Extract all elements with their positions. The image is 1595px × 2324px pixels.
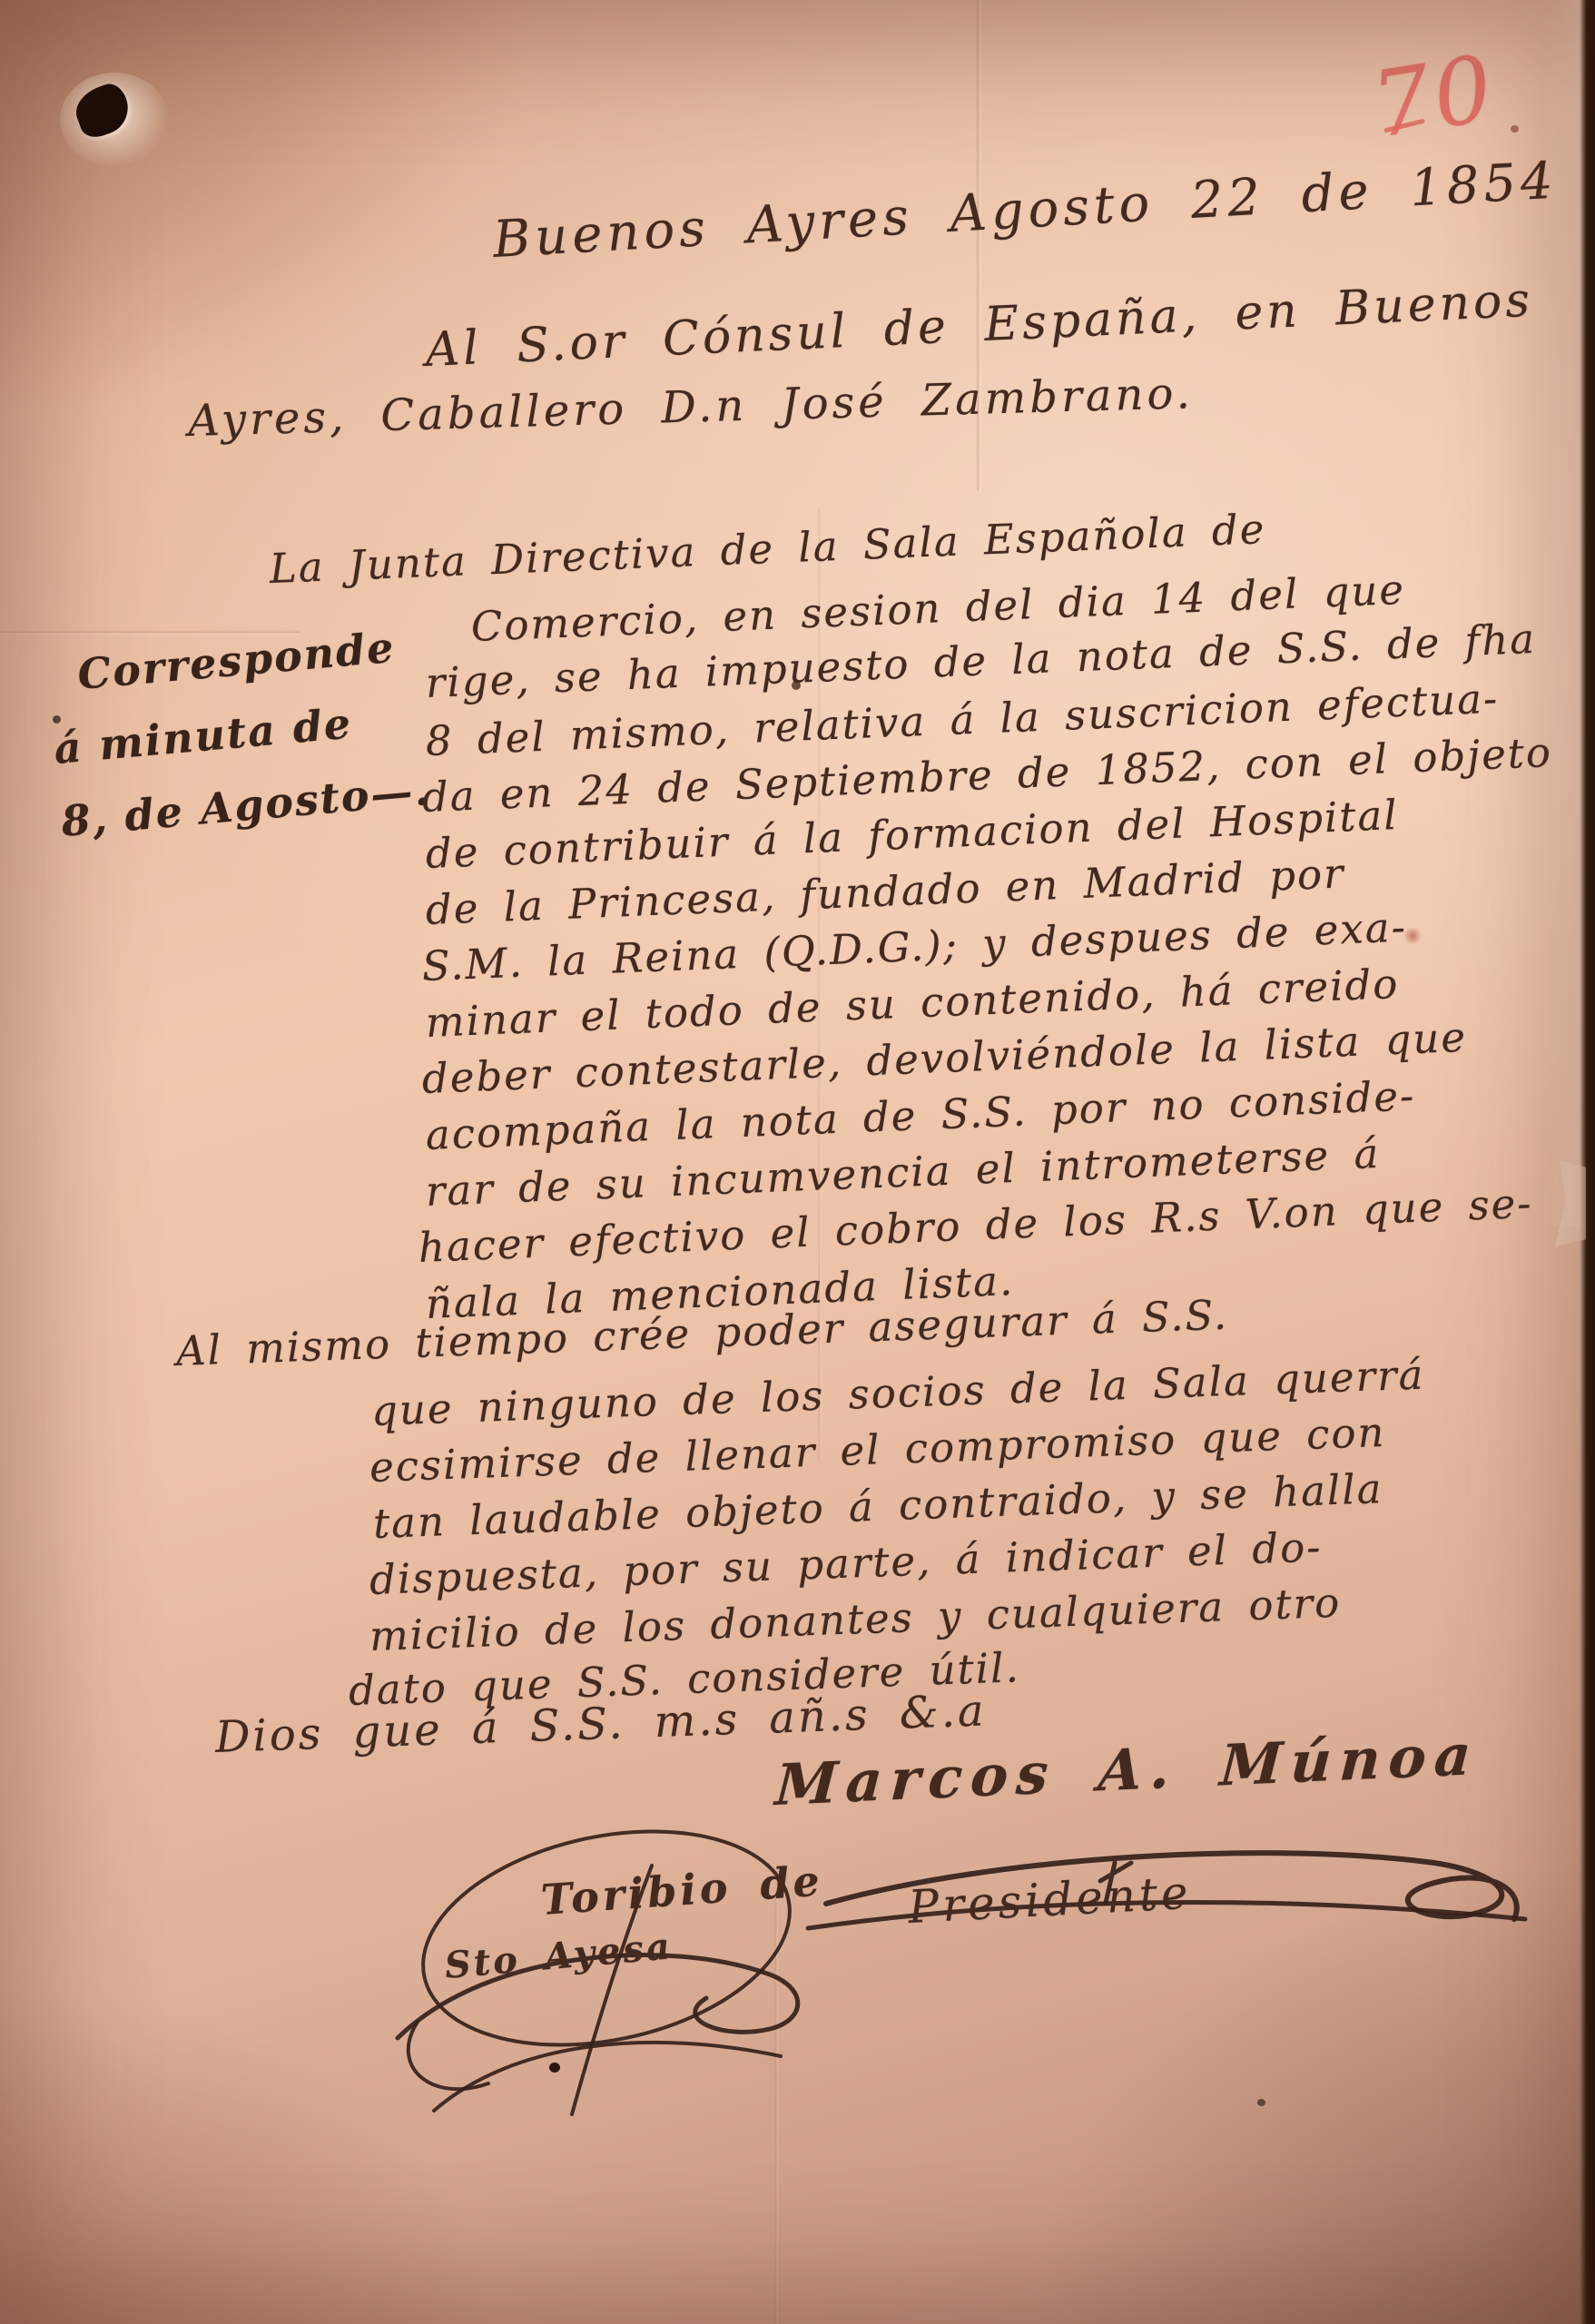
margin-note-line-3: 8, de Agosto—. (59, 765, 432, 846)
photo-dark-right-edge (1580, 0, 1595, 2324)
margin-note-line-2: á minuta de (52, 698, 354, 773)
margin-note-line-1: Corresponde (75, 623, 397, 699)
recipient-line-2: Ayres, Caballero D.n José Zambrano. (187, 368, 1194, 447)
folio-number: 70 (1365, 34, 1503, 159)
manuscript-letter-photo: 70 Buenos Ayres Agosto 22 de 1854 Al S.o… (0, 0, 1595, 2324)
dateline: Buenos Ayres Agosto 22 de 1854 (491, 152, 1559, 270)
recipient-line-1: Al S.or Cónsul de España, en Buenos (424, 273, 1534, 378)
ink-dot (53, 715, 61, 724)
ink-speck (1257, 2099, 1265, 2106)
paper-fleck (1511, 125, 1519, 133)
